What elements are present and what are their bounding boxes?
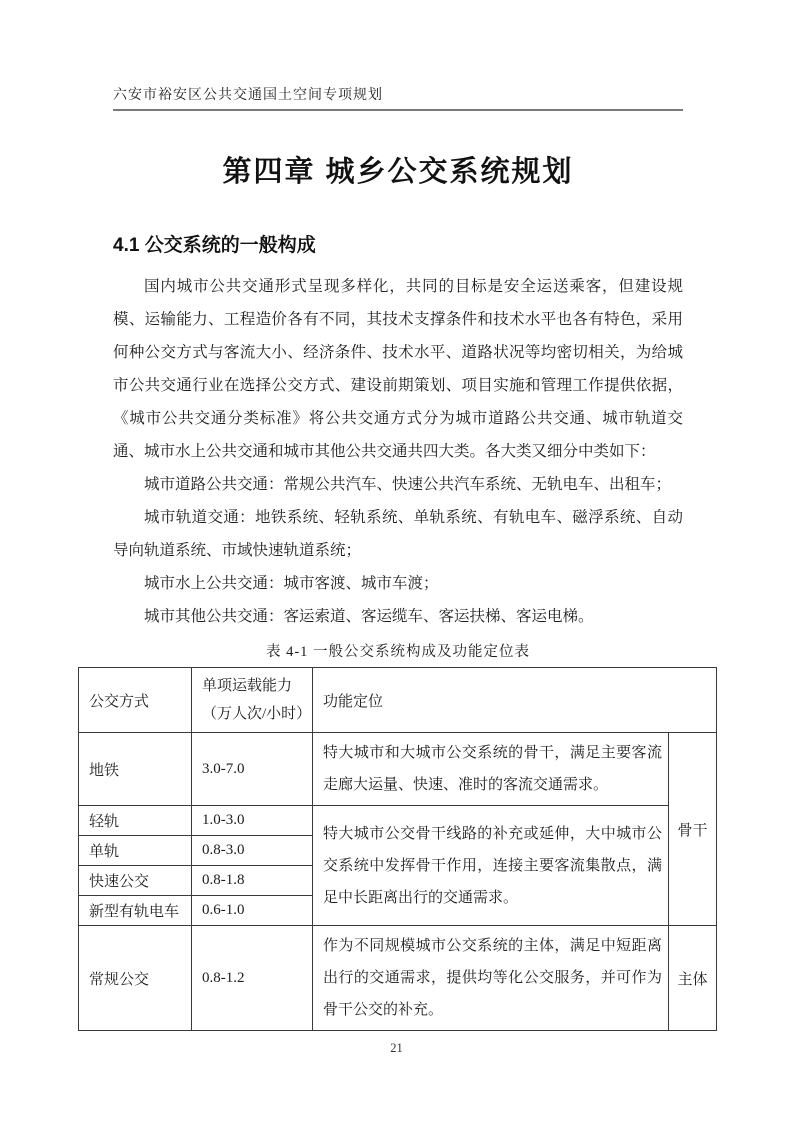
chapter-title: 第四章 城乡公交系统规划: [113, 149, 683, 190]
mode-cell: 地铁: [79, 733, 192, 806]
table-row-regular-bus: 常规公交 0.8-1.2 作为不同规模城市公交系统的主体，满足中短距离出行的交通…: [79, 926, 717, 1031]
table-caption: 表 4-1 一般公交系统构成及功能定位表: [113, 640, 683, 661]
capacity-cell: 0.8-1.8: [192, 866, 313, 896]
capacity-cell: 3.0-7.0: [192, 733, 313, 806]
document-page: 六安市裕安区公共交通国土空间专项规划 第四章 城乡公交系统规划 4.1 公交系统…: [0, 0, 793, 1122]
page-number: 21: [0, 1041, 793, 1056]
capacity-cell: 0.6-1.0: [192, 896, 313, 926]
capacity-cell: 0.8-3.0: [192, 836, 313, 866]
mode-cell: 单轨: [79, 836, 192, 866]
category-other-transit: 城市其他公共交通：客运索道、客运缆车、客运扶梯、客运电梯。: [113, 600, 683, 633]
running-header-text: 六安市裕安区公共交通国土空间专项规划: [113, 88, 383, 103]
intro-paragraph: 国内城市公共交通形式呈现多样化，共同的目标是安全运送乘客，但建设规模、运输能力、…: [113, 270, 683, 468]
role-cell-main-body: 主体: [669, 926, 717, 1031]
capacity-cell: 0.8-1.2: [192, 926, 313, 1031]
column-header-function: 功能定位: [313, 668, 717, 733]
mode-cell: 新型有轨电车: [79, 896, 192, 926]
column-header-capacity-line2: （万人次/小时）: [202, 700, 304, 728]
function-cell-merged: 特大城市公交骨干线路的补充或延伸，大中城市公交系统中发挥骨干作用，连接主要客流集…: [313, 806, 669, 926]
mode-cell: 轻轨: [79, 806, 192, 836]
column-header-capacity-line1: 单项运载能力: [202, 672, 304, 700]
capacity-cell: 1.0-3.0: [192, 806, 313, 836]
category-water-transit: 城市水上公共交通：城市客渡、城市车渡；: [113, 567, 683, 600]
table-row-light-rail: 轻轨 1.0-3.0 特大城市公交骨干线路的补充或延伸，大中城市公交系统中发挥骨…: [79, 806, 717, 836]
transit-modes-table: 公交方式 单项运载能力 （万人次/小时） 功能定位 地铁 3.0-7.0 特大城…: [78, 667, 717, 1031]
table-header-row: 公交方式 单项运载能力 （万人次/小时） 功能定位: [79, 668, 717, 733]
mode-cell: 常规公交: [79, 926, 192, 1031]
function-cell: 特大城市和大城市公交系统的骨干，满足主要客流走廊大运量、快速、准时的客流交通需求…: [313, 733, 669, 806]
role-cell-backbone: 骨干: [669, 733, 717, 926]
column-header-mode: 公交方式: [79, 668, 192, 733]
column-header-capacity: 单项运载能力 （万人次/小时）: [192, 668, 313, 733]
category-rail-transit: 城市轨道交通：地铁系统、轻轨系统、单轨系统、有轨电车、磁浮系统、自动导向轨道系统…: [113, 501, 683, 567]
function-cell: 作为不同规模城市公交系统的主体，满足中短距离出行的交通需求，提供均等化公交服务，…: [313, 926, 669, 1031]
category-road-transit: 城市道路公共交通：常规公共汽车、快速公共汽车系统、无轨电车、出租车；: [113, 468, 683, 501]
table-row-metro: 地铁 3.0-7.0 特大城市和大城市公交系统的骨干，满足主要客流走廊大运量、快…: [79, 733, 717, 806]
mode-cell: 快速公交: [79, 866, 192, 896]
section-heading: 4.1 公交系统的一般构成: [113, 230, 683, 257]
running-header: 六安市裕安区公共交通国土空间专项规划: [113, 84, 683, 111]
